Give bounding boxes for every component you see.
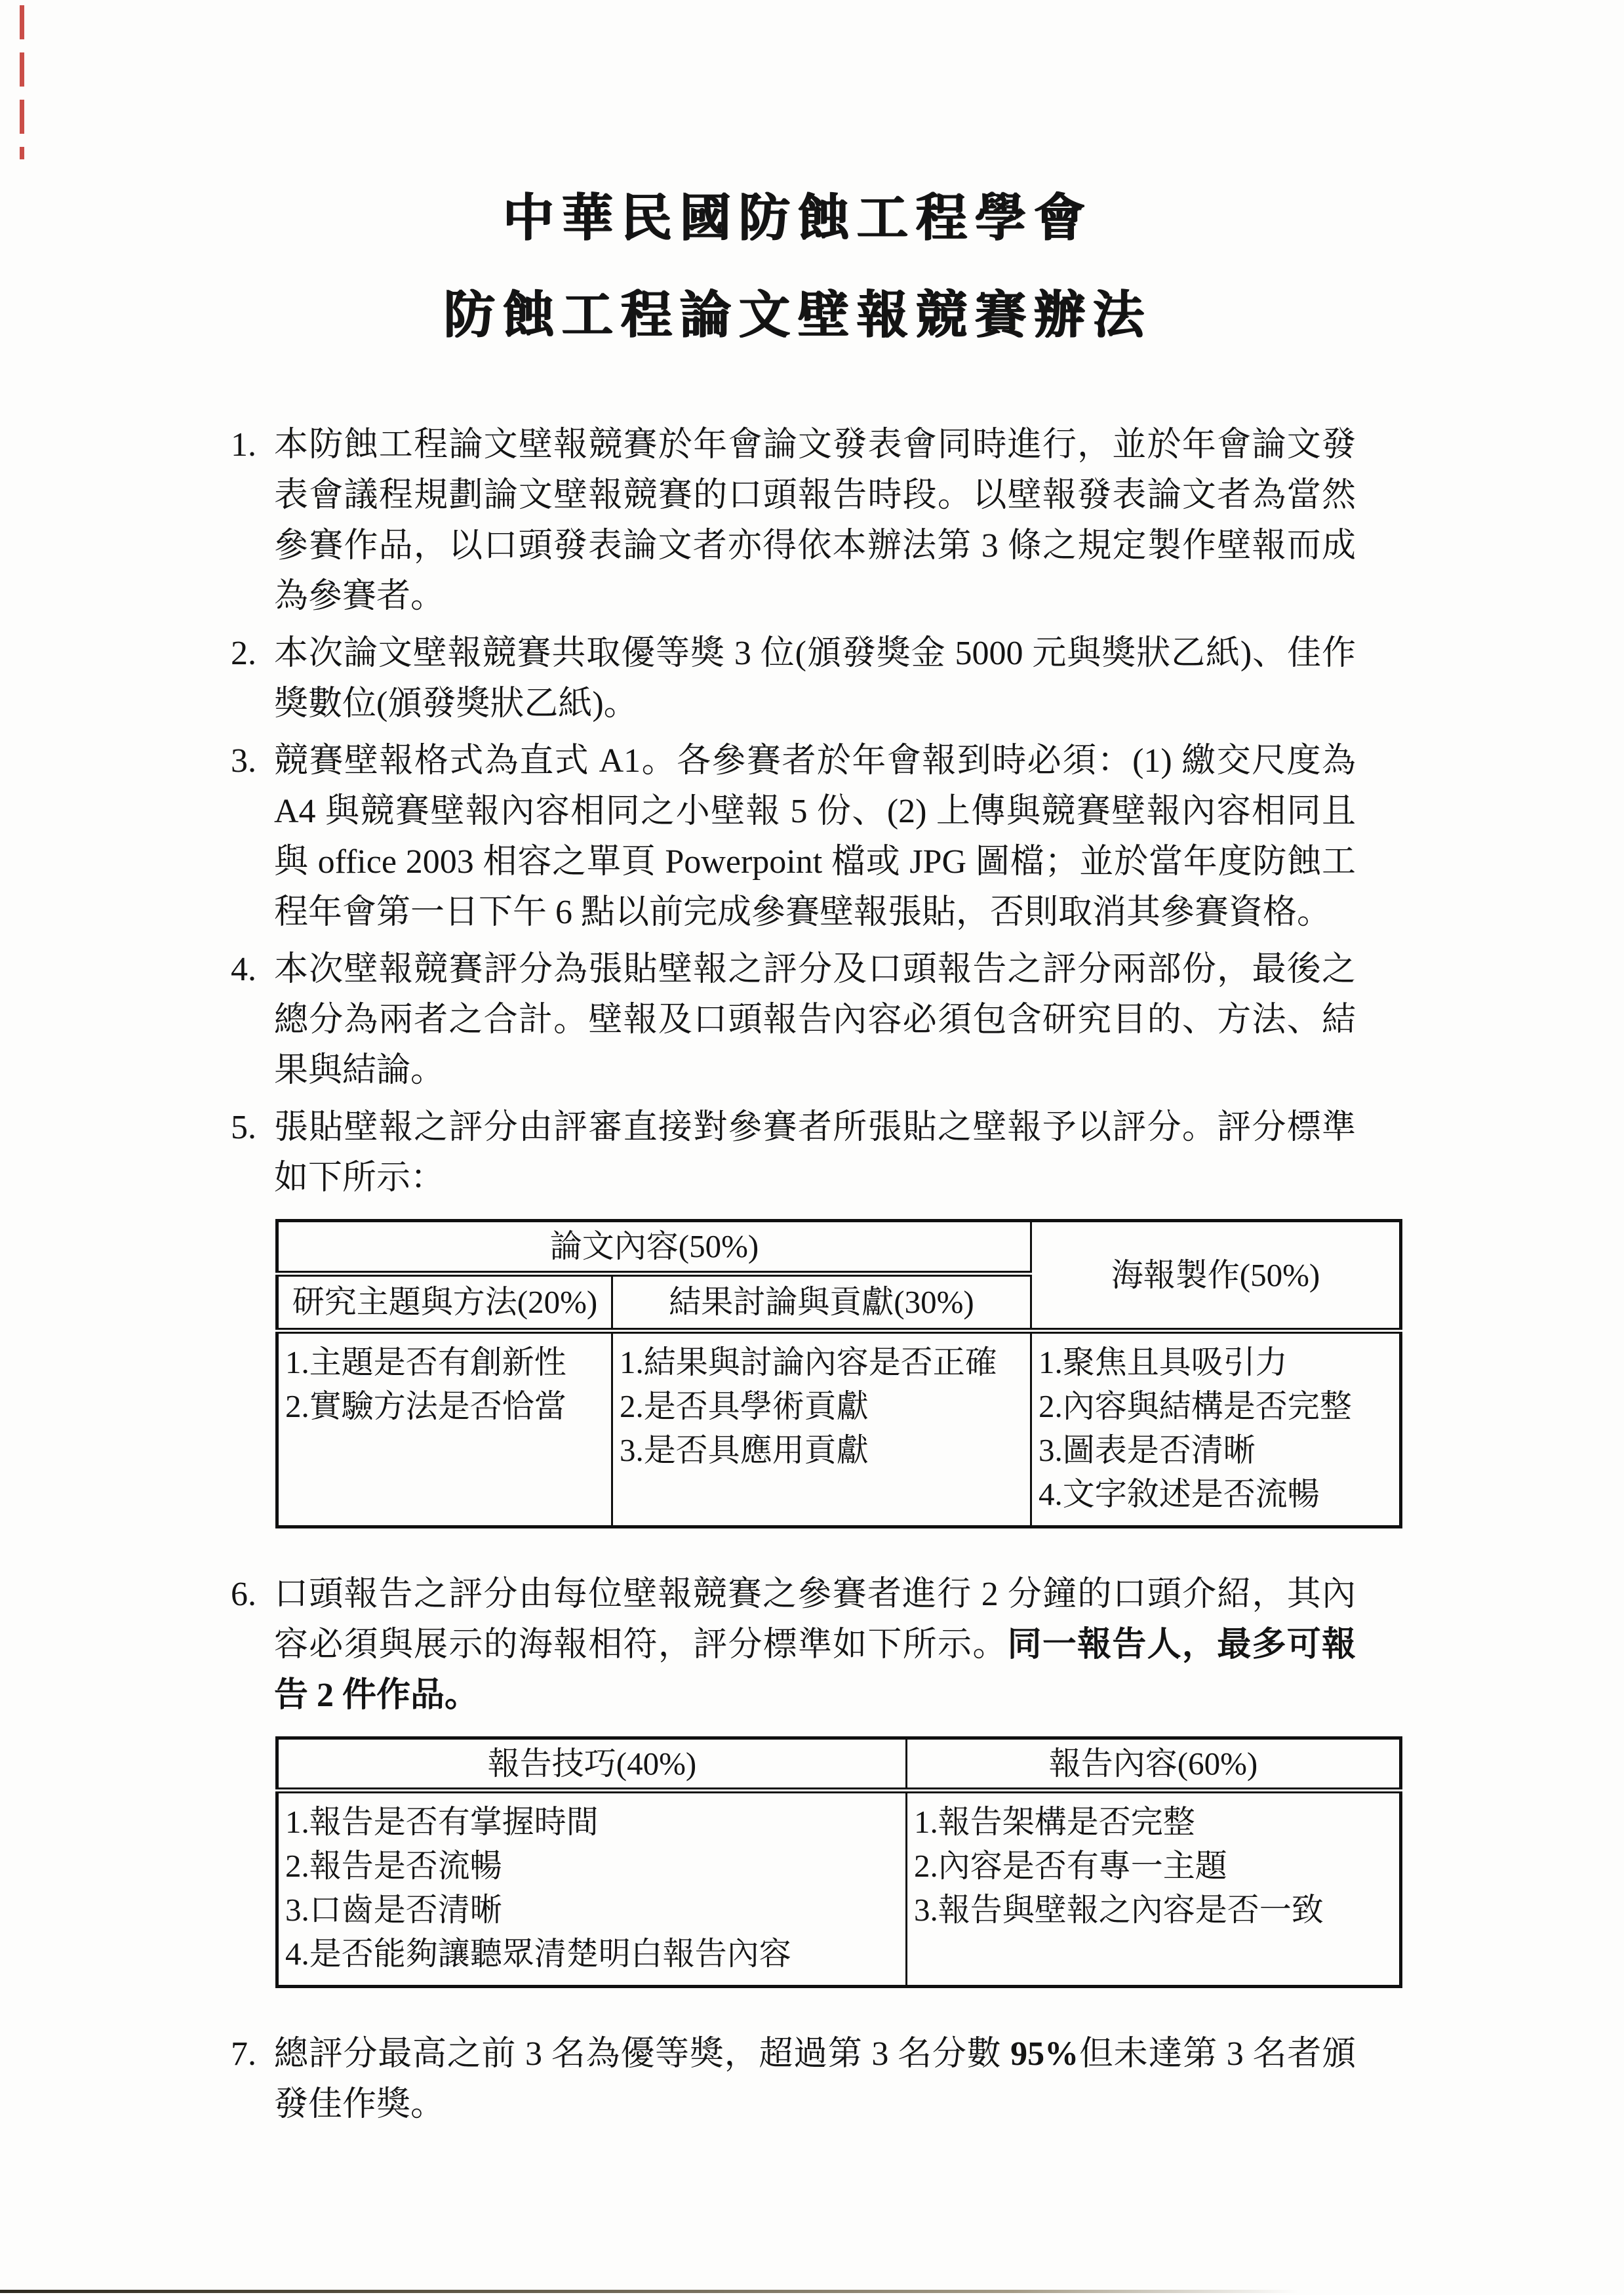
report-skill-criteria-cell: 1.報告是否有掌握時間 2.報告是否流暢 3.口齒是否清晰 4.是否能夠讓聽眾清… — [277, 1791, 907, 1987]
rule-text-normal: 總評分最高之前 3 名為優等獎，超過第 3 名分數 — [274, 2035, 1010, 2073]
criterion-line: 2.實驗方法是否恰當 — [285, 1384, 604, 1428]
document-title: 防蝕工程論文壁報競賽辦法 — [231, 289, 1356, 342]
criterion-line: 4.是否能夠讓聽眾清楚明白報告內容 — [285, 1932, 899, 1976]
criterion-line: 4.文字敘述是否流暢 — [1039, 1472, 1393, 1516]
rule-number: 4. — [231, 944, 274, 1096]
rule-text: 口頭報告之評分由每位壁報競賽之參賽者進行 2 分鐘的口頭介紹，其內容必須與展示的… — [274, 1569, 1356, 1721]
rule-text: 張貼壁報之評分由評審直接對參賽者所張貼之壁報予以評分。評分標準如下所示： — [274, 1102, 1356, 1203]
rule-item-7: 7. 總評分最高之前 3 名為優等獎，超過第 3 名分數 95%但未達第 3 名… — [231, 2029, 1356, 2130]
results-contribution-criteria-cell: 1.結果與討論內容是否正確 2.是否具學術貢獻 3.是否具應用貢獻 — [612, 1330, 1031, 1527]
rule-item-5: 5. 張貼壁報之評分由評審直接對參賽者所張貼之壁報予以評分。評分標準如下所示： — [231, 1102, 1356, 1203]
criterion-line: 3.報告與壁報之內容是否一致 — [914, 1888, 1393, 1932]
document-content: 中華民國防蝕工程學會 防蝕工程論文壁報競賽辦法 1. 本防蝕工程論文壁報競賽於年… — [231, 191, 1356, 2136]
rule-number: 6. — [231, 1569, 274, 1721]
criterion-line: 1.結果與討論內容是否正確 — [620, 1340, 1023, 1384]
topic-method-criteria-cell: 1.主題是否有創新性 2.實驗方法是否恰當 — [277, 1330, 612, 1527]
rule-number: 5. — [231, 1102, 274, 1203]
rules-list: 1. 本防蝕工程論文壁報競賽於年會論文發表會同時進行，並於年會論文發表會議程規劃… — [231, 420, 1356, 2130]
criterion-line: 1.報告架構是否完整 — [914, 1800, 1393, 1844]
rule-item-4: 4. 本次壁報競賽評分為張貼壁報之評分及口頭報告之評分兩部份，最後之總分為兩者之… — [231, 944, 1356, 1096]
paper-content-header-cell: 論文內容(50%) — [277, 1220, 1031, 1273]
scan-artifact-red-edge-marks — [20, 5, 24, 159]
criterion-line: 2.是否具學術貢獻 — [620, 1384, 1023, 1428]
rule-item-2: 2. 本次論文壁報競賽共取優等獎 3 位(頒發獎金 5000 元與獎狀乙紙)、佳… — [231, 628, 1356, 729]
criterion-line: 2.內容是否有專一主題 — [914, 1844, 1393, 1888]
scanned-document-page: 中華民國防蝕工程學會 防蝕工程論文壁報競賽辦法 1. 本防蝕工程論文壁報競賽於年… — [0, 0, 1624, 2295]
society-title: 中華民國防蝕工程學會 — [231, 191, 1356, 245]
rule-text: 本次壁報競賽評分為張貼壁報之評分及口頭報告之評分兩部份，最後之總分為兩者之合計。… — [274, 944, 1356, 1096]
criterion-line: 2.報告是否流暢 — [285, 1844, 899, 1888]
report-content-criteria-cell: 1.報告架構是否完整 2.內容是否有專一主題 3.報告與壁報之內容是否一致 — [907, 1791, 1401, 1987]
rule-item-6: 6. 口頭報告之評分由每位壁報競賽之參賽者進行 2 分鐘的口頭介紹，其內容必須與… — [231, 1569, 1356, 1721]
rule-text: 本次論文壁報競賽共取優等獎 3 位(頒發獎金 5000 元與獎狀乙紙)、佳作獎數… — [274, 628, 1356, 729]
poster-scoring-table: 論文內容(50%) 海報製作(50%) 研究主題與方法(20%) 結果討論與貢獻… — [275, 1219, 1402, 1528]
rule-text: 本防蝕工程論文壁報競賽於年會論文發表會同時進行，並於年會論文發表會議程規劃論文壁… — [274, 420, 1356, 622]
criterion-line: 3.圖表是否清晰 — [1039, 1428, 1393, 1472]
rule-number: 1. — [231, 420, 274, 622]
rule-number: 2. — [231, 628, 274, 729]
report-content-header-cell: 報告內容(60%) — [907, 1738, 1401, 1790]
rule-number: 3. — [231, 736, 274, 938]
rule-item-1: 1. 本防蝕工程論文壁報競賽於年會論文發表會同時進行，並於年會論文發表會議程規劃… — [231, 420, 1356, 622]
report-skill-header-cell: 報告技巧(40%) — [277, 1738, 907, 1790]
rule-text: 總評分最高之前 3 名為優等獎，超過第 3 名分數 95%但未達第 3 名者頒發… — [274, 2029, 1356, 2130]
poster-making-criteria-cell: 1.聚焦且具吸引力 2.內容與結構是否完整 3.圖表是否清晰 4.文字敘述是否流… — [1031, 1330, 1401, 1527]
rule-text-bold: 95% — [1010, 2035, 1079, 2073]
poster-making-header-cell: 海報製作(50%) — [1031, 1220, 1401, 1330]
criterion-line: 1.報告是否有掌握時間 — [285, 1800, 899, 1844]
research-topic-method-subheader-cell: 研究主題與方法(20%) — [277, 1273, 612, 1330]
criterion-line: 1.主題是否有創新性 — [285, 1340, 604, 1384]
results-discussion-subheader-cell: 結果討論與貢獻(30%) — [612, 1273, 1031, 1330]
criterion-line: 2.內容與結構是否完整 — [1039, 1384, 1393, 1428]
criterion-line: 1.聚焦且具吸引力 — [1039, 1340, 1393, 1384]
criterion-line: 3.是否具應用貢獻 — [620, 1428, 1023, 1472]
rule-number: 7. — [231, 2029, 274, 2130]
scan-artifact-bottom-edge-line — [0, 2290, 1298, 2293]
rule-item-3: 3. 競賽壁報格式為直式 A1。各參賽者於年會報到時必須：(1) 繳交尺度為 A… — [231, 736, 1356, 938]
criterion-line: 3.口齒是否清晰 — [285, 1888, 899, 1932]
rule-text: 競賽壁報格式為直式 A1。各參賽者於年會報到時必須：(1) 繳交尺度為 A4 與… — [274, 736, 1356, 938]
oral-report-scoring-table: 報告技巧(40%) 報告內容(60%) 1.報告是否有掌握時間 2.報告是否流暢… — [275, 1736, 1402, 1988]
